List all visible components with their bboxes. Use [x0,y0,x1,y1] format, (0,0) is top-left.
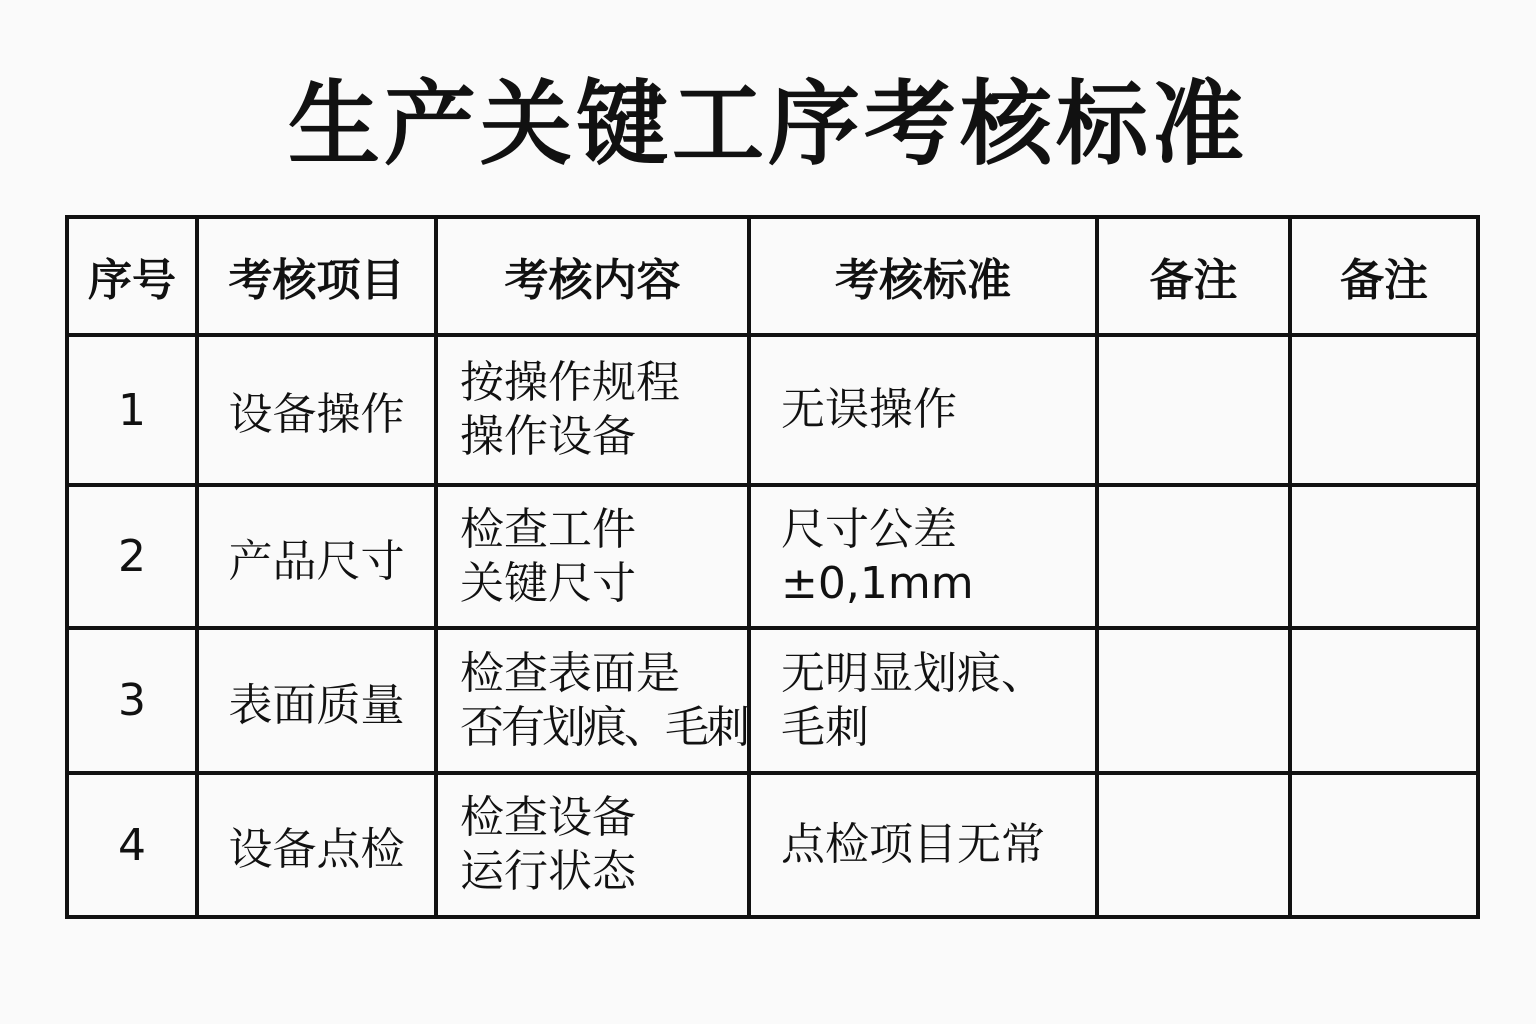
content-line: 运行状态 [460,845,747,899]
assessment-table: 序号 考核项目 考核内容 考核标准 备注 备注 1 设备操作 按操作规程 操作设… [65,215,1480,919]
header-row: 序号 考核项目 考核内容 考核标准 备注 备注 [67,217,1478,335]
cell-remark-1 [1097,773,1290,917]
content-line: 检查工件 [460,503,747,557]
standard-line: 无误操作 [781,383,1095,437]
cell-remark-1 [1097,335,1290,485]
cell-remark-2 [1290,628,1478,773]
cell-remark-1 [1097,628,1290,773]
cell-standard: 无明显划痕、 毛刺 [749,628,1097,773]
cell-standard: 尺寸公差 ±0,1mm [749,485,1097,628]
header-remark-2: 备注 [1290,217,1478,335]
cell-no: 4 [67,773,197,917]
cell-remark-2 [1290,335,1478,485]
content-line: 关键尺寸 [460,557,747,611]
cell-no: 2 [67,485,197,628]
cell-content: 检查设备 运行状态 [436,773,749,917]
cell-no: 1 [67,335,197,485]
content-line: 操作设备 [460,410,747,464]
cell-remark-2 [1290,773,1478,917]
cell-standard: 点检项目无常 [749,773,1097,917]
standard-line: 毛刺 [781,701,1095,755]
document-title: 生产关键工序考核标准 [0,70,1536,180]
content-line: 检查设备 [460,791,747,845]
header-content: 考核内容 [436,217,749,335]
header-item: 考核项目 [197,217,436,335]
cell-item: 设备点检 [197,773,436,917]
cell-standard: 无误操作 [749,335,1097,485]
header-remark-1: 备注 [1097,217,1290,335]
cell-item: 设备操作 [197,335,436,485]
table-row: 4 设备点检 检查设备 运行状态 点检项目无常 [67,773,1478,917]
standard-line: ±0,1mm [781,557,1095,611]
table-row: 3 表面质量 检查表面是 否有划痕、毛刺 无明显划痕、 毛刺 [67,628,1478,773]
header-no: 序号 [67,217,197,335]
cell-content: 检查工件 关键尺寸 [436,485,749,628]
header-standard: 考核标准 [749,217,1097,335]
standard-line: 无明显划痕、 [781,647,1095,701]
cell-content: 按操作规程 操作设备 [436,335,749,485]
content-line: 否有划痕、毛刺 [460,701,747,755]
standard-line: 点检项目无常 [781,818,1095,872]
standard-line: 尺寸公差 [781,503,1095,557]
content-line: 检查表面是 [460,647,747,701]
cell-content: 检查表面是 否有划痕、毛刺 [436,628,749,773]
cell-remark-1 [1097,485,1290,628]
table-row: 1 设备操作 按操作规程 操作设备 无误操作 [67,335,1478,485]
cell-item: 表面质量 [197,628,436,773]
table-row: 2 产品尺寸 检查工件 关键尺寸 尺寸公差 ±0,1mm [67,485,1478,628]
cell-item: 产品尺寸 [197,485,436,628]
cell-remark-2 [1290,485,1478,628]
content-line: 按操作规程 [460,356,747,410]
cell-no: 3 [67,628,197,773]
